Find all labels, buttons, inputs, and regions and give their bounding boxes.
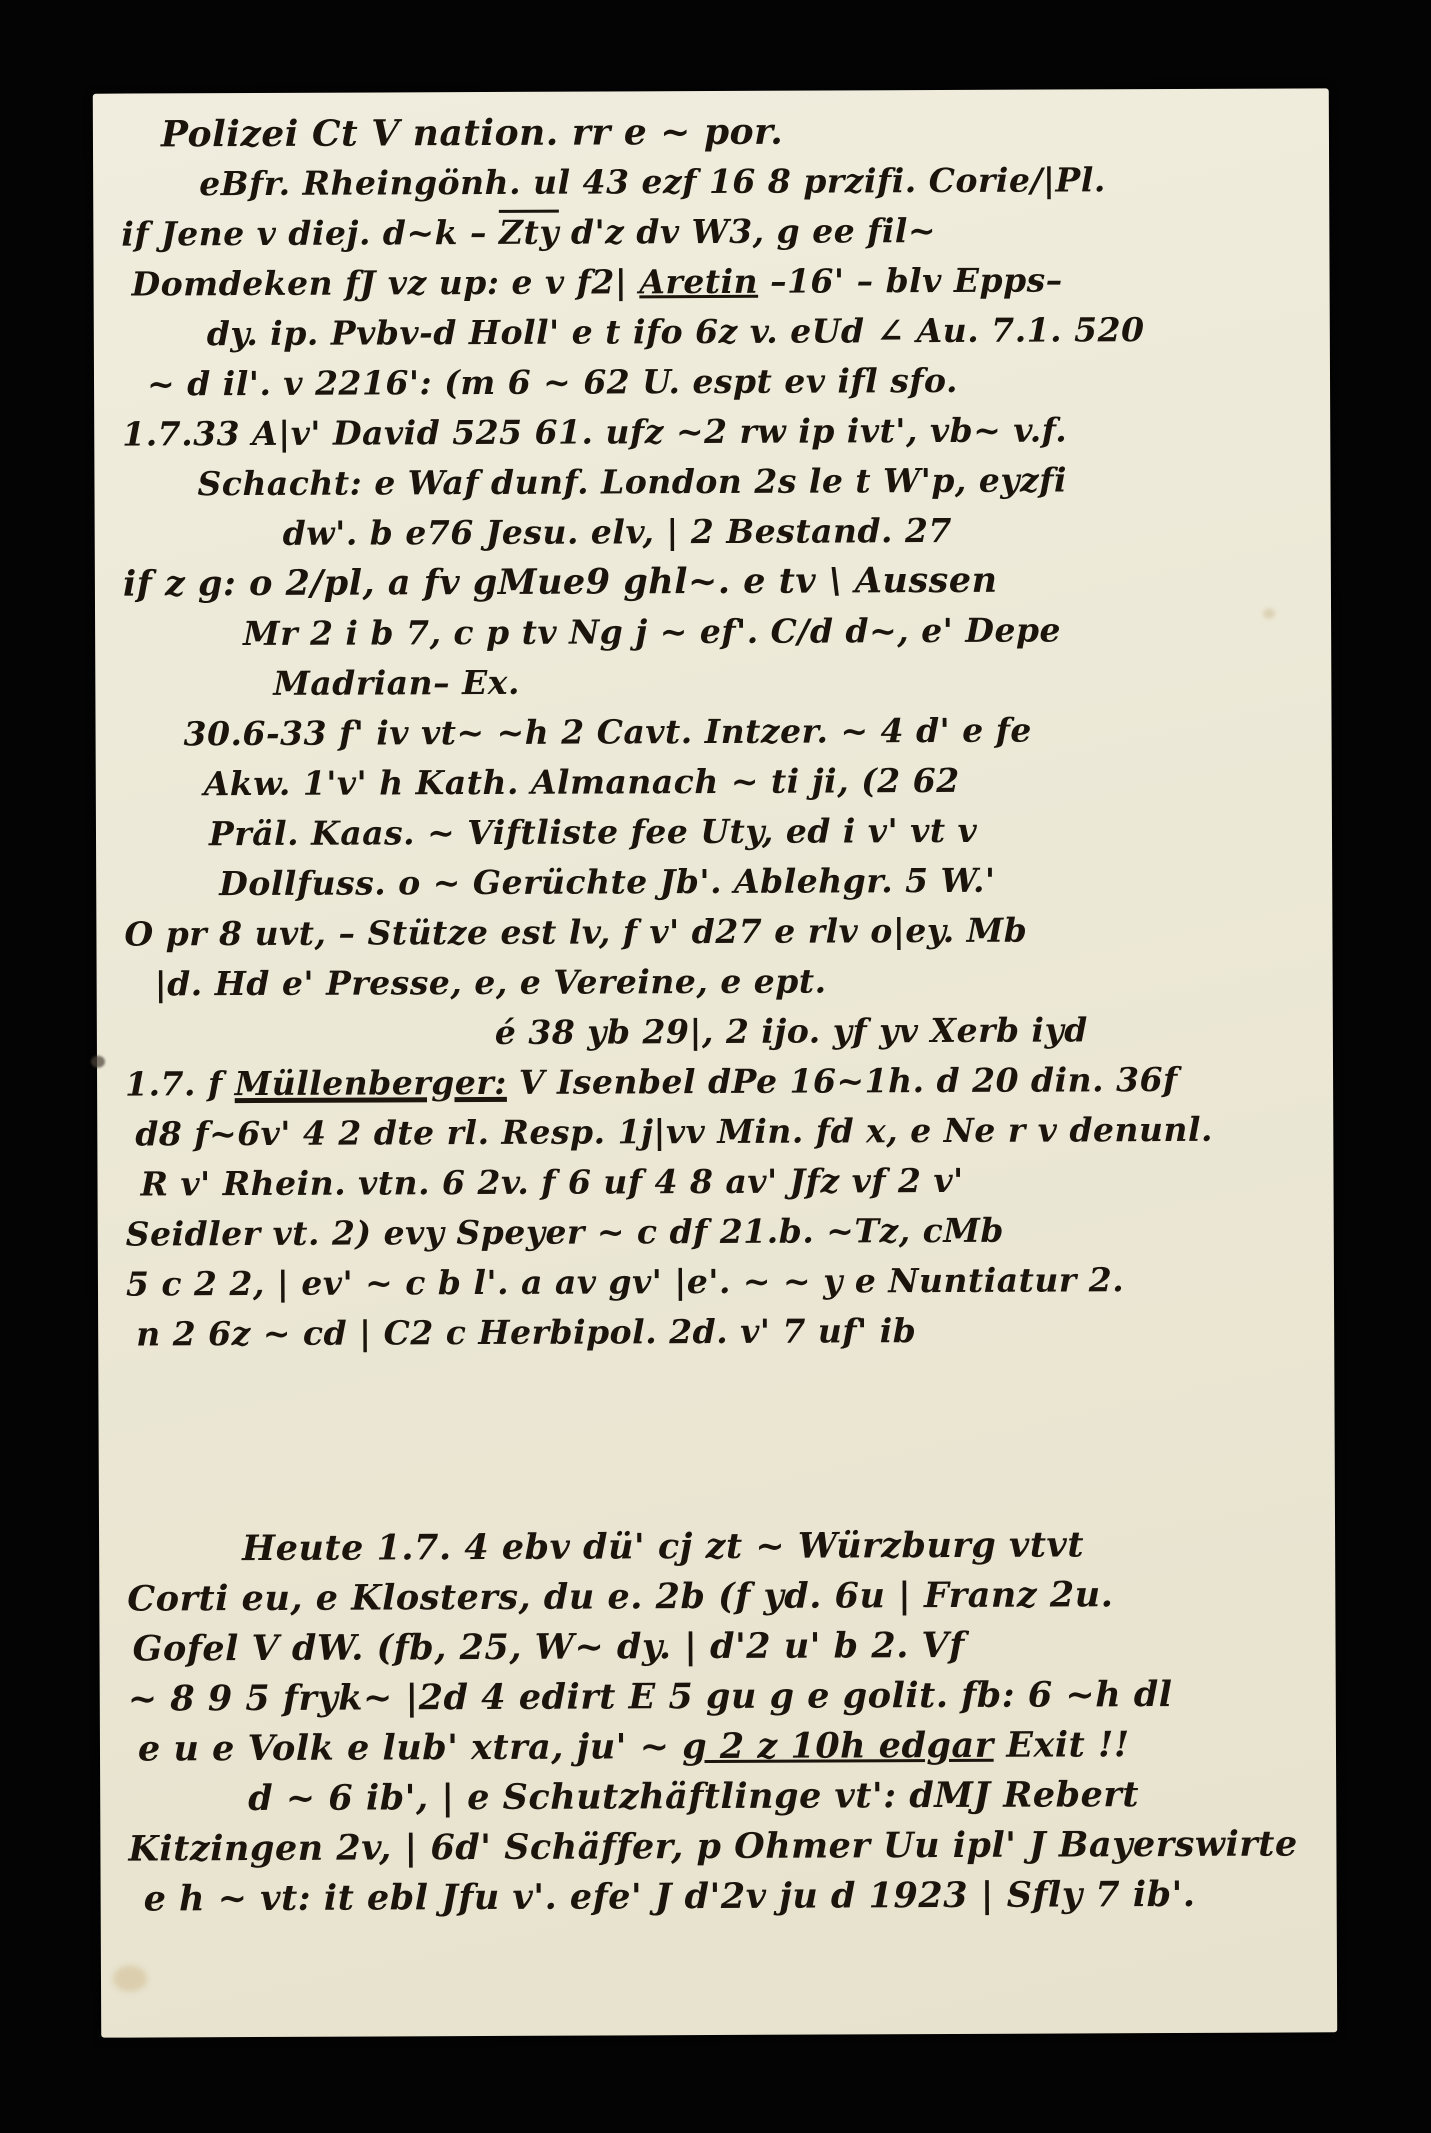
handwriting-line: Domdeken fJ vz up: e v f2| Aretin –16' –… bbox=[131, 254, 1319, 309]
handwriting-segment: Dollfuss. o ~ Gerüchte Jb'. Ablehgr. 5 W… bbox=[219, 861, 996, 903]
handwriting-line: Mr 2 i b 7, c p tv Ng j ~ ef'. C/d d~, e… bbox=[243, 604, 1321, 659]
handwriting-segment: 5 c 2 2, | ev' ~ c b l'. a av gv' |e'. ~… bbox=[126, 1260, 1124, 1303]
handwriting-segment: Kitzingen 2v, | 6d' Schäffer, p Ohmer Uu… bbox=[128, 1823, 1297, 1869]
handwriting-segment: if Jene v diej. d~k – bbox=[121, 213, 499, 254]
handwriting-segment: 30.6-33 f' iv vt~ ~h 2 Cavt. Intzer. ~ 4… bbox=[183, 711, 1031, 754]
handwriting-segment: d'z dv W3, g ee fil~ bbox=[559, 211, 936, 252]
handwriting-segment: 1.7. f bbox=[125, 1064, 235, 1103]
handwriting-segment: d ~ 6 ib', | e Schutzhäftlinge vt': dMJ … bbox=[248, 1774, 1139, 1819]
handwriting-line: Schacht: e Waf dunf. London 2s le t W'p,… bbox=[197, 454, 1320, 509]
handwriting-line: Gofel V dW. (fb, 25, W~ dy. | d'2 u' b 2… bbox=[132, 1619, 1325, 1674]
handwriting-line: Polizei Ct V nation. rr e ~ por. bbox=[161, 104, 1319, 159]
handwriting-line: Kitzingen 2v, | 6d' Schäffer, p Ohmer Uu… bbox=[128, 1819, 1326, 1874]
ink-stain bbox=[91, 1056, 105, 1068]
handwriting-line: n 2 6z ~ cd | C2 c Herbipol. 2d. v' 7 uf… bbox=[136, 1304, 1324, 1359]
handwriting-line: 5 c 2 2, | ev' ~ c b l'. a av gv' |e'. ~… bbox=[126, 1254, 1324, 1309]
handwriting-segment: Präl. Kaas. ~ Viftliste fee Uty, ed i v'… bbox=[209, 811, 977, 853]
handwriting-segment: e u e Volk e lub' xtra, ju' ~ bbox=[138, 1726, 682, 1769]
handwriting-line: eBfr. Rheingönh. ul 43 ezf 16 8 przifi. … bbox=[199, 154, 1319, 209]
handwriting-line: 1.7. f Müllenberger: V Isenbel dPe 16~1h… bbox=[125, 1054, 1323, 1109]
handwriting-line: 30.6-33 f' iv vt~ ~h 2 Cavt. Intzer. ~ 4… bbox=[183, 704, 1321, 759]
handwriting-line: |d. Hd e' Presse, e, e Vereine, e ept. bbox=[155, 954, 1323, 1009]
handwriting-line: d8 f~6v' 4 2 dte rl. Resp. 1j|vv Min. fd… bbox=[135, 1104, 1323, 1159]
handwriting-line: ~ d il'. v 2216': (m 6 ~ 62 U. espt ev i… bbox=[147, 354, 1320, 409]
handwriting-line: ~ 8 9 5 fryk~ |2d 4 edirt E 5 gu g e gol… bbox=[128, 1669, 1326, 1724]
handwriting-line: Madrian– Ex. bbox=[273, 654, 1321, 709]
underlined-word: Aretin bbox=[639, 262, 758, 302]
handwriting-segment: Zty bbox=[499, 213, 559, 252]
paper-stain bbox=[113, 1965, 147, 1991]
handwriting-segment: Seidler vt. 2) evy Speyer ~ c df 21.b. ~… bbox=[126, 1211, 1004, 1254]
handwriting-line: Heute 1.7. 4 ebv dü' cj zt ~ Würzburg vt… bbox=[242, 1519, 1325, 1574]
handwriting-segment: Madrian– Ex. bbox=[273, 663, 520, 703]
handwriting-segment: dw'. b e76 Jesu. elv, | 2 Bestand. 27 bbox=[283, 511, 952, 553]
handwriting-segment: e h ~ vt: it ebl Jfu v'. efe' J d'2v ju … bbox=[144, 1874, 1196, 1920]
handwriting-segment: V Isenbel dPe 16~1h. d 20 din. 36f bbox=[507, 1060, 1178, 1102]
handwriting-segment: Corti eu, e Klosters, du e. 2b (f yd. 6u… bbox=[127, 1574, 1113, 1619]
handwriting-line: if z g: o 2/pl, a fv gMue9 ghl~. e tv \ … bbox=[123, 554, 1321, 609]
handwriting-segment: ~ d il'. v 2216': (m 6 ~ 62 U. espt ev i… bbox=[147, 361, 958, 404]
handwriting-segment: é 38 yb 29|, 2 ijo. yf yv Xerb iyd bbox=[495, 1010, 1088, 1052]
underlined-word: g 2 z 10h edgar bbox=[682, 1725, 994, 1767]
handwriting-segment: d8 f~6v' 4 2 dte rl. Resp. 1j|vv Min. fd… bbox=[135, 1110, 1213, 1154]
handwriting-segment: Exit !! bbox=[993, 1724, 1129, 1766]
handwriting-segment: Domdeken fJ vz up: e v f2| bbox=[132, 262, 640, 303]
handwriting-segment: Mr 2 i b 7, c p tv Ng j ~ ef'. C/d d~, e… bbox=[243, 610, 1061, 653]
handwriting-segment: 1.7.33 A|v' David 525 61. ufz ~2 rw ip i… bbox=[122, 410, 1067, 453]
handwriting-line: if Jene v diej. d~k – Zty d'z dv W3, g e… bbox=[121, 204, 1319, 259]
handwriting-line: e h ~ vt: it ebl Jfu v'. efe' J d'2v ju … bbox=[144, 1869, 1327, 1924]
handwriting-segment: if z g: o 2/pl, a fv gMue9 ghl~. e tv \ … bbox=[123, 560, 998, 605]
handwriting-line: é 38 yb 29|, 2 ijo. yf yv Xerb iyd bbox=[495, 1004, 1323, 1058]
handwriting-segment: O pr 8 uvt, – Stütze est lv, f v' d27 e … bbox=[124, 911, 1027, 954]
handwriting-segment: –16' – blv Epps– bbox=[758, 260, 1063, 300]
handwriting-line: dw'. b e76 Jesu. elv, | 2 Bestand. 27 bbox=[283, 504, 1321, 559]
handwriting-line: Akw. 1'v' h Kath. Almanach ~ ti ji, (2 6… bbox=[204, 754, 1322, 809]
handwriting-segment: Akw. 1'v' h Kath. Almanach ~ ti ji, (2 6… bbox=[204, 761, 960, 803]
handwriting-line: 1.7.33 A|v' David 525 61. ufz ~2 rw ip i… bbox=[122, 404, 1320, 459]
handwriting-segment: Polizei Ct V nation. rr e ~ por. bbox=[161, 111, 784, 156]
handwriting-line: O pr 8 uvt, – Stütze est lv, f v' d27 e … bbox=[124, 904, 1322, 959]
underlined-word: Müllenberger: bbox=[235, 1063, 507, 1103]
handwriting-line: Dollfuss. o ~ Gerüchte Jb'. Ablehgr. 5 W… bbox=[219, 854, 1322, 909]
handwriting-segment: n 2 6z ~ cd | C2 c Herbipol. 2d. v' 7 uf… bbox=[136, 1311, 916, 1353]
handwriting-line: Corti eu, e Klosters, du e. 2b (f yd. 6u… bbox=[127, 1569, 1325, 1624]
handwriting-segment: Schacht: e Waf dunf. London 2s le t W'p,… bbox=[197, 460, 1067, 503]
handwriting-line: dy. ip. Pvbv-d Holl' e t ifo 6z v. eUd ∠… bbox=[207, 304, 1320, 359]
handwriting-line: Seidler vt. 2) evy Speyer ~ c df 21.b. ~… bbox=[126, 1204, 1324, 1259]
handwriting-line: R v' Rhein. vtn. 6 2v. f 6 uf 4 8 av' Jf… bbox=[140, 1154, 1323, 1209]
handwriting-segment: ~ 8 9 5 fryk~ |2d 4 edirt E 5 gu g e gol… bbox=[128, 1674, 1173, 1720]
handwriting-line: e u e Volk e lub' xtra, ju' ~ g 2 z 10h … bbox=[138, 1719, 1326, 1774]
handwriting-segment: Heute 1.7. 4 ebv dü' cj zt ~ Würzburg vt… bbox=[242, 1524, 1084, 1569]
handwriting-segment: eBfr. Rheingönh. ul 43 ezf 16 8 przifi. … bbox=[199, 160, 1106, 203]
handwriting-line: d ~ 6 ib', | e Schutzhäftlinge vt': dMJ … bbox=[248, 1769, 1326, 1824]
handwriting-line: Präl. Kaas. ~ Viftliste fee Uty, ed i v'… bbox=[209, 804, 1322, 859]
handwriting-segment: dy. ip. Pvbv-d Holl' e t ifo 6z v. eUd ∠… bbox=[207, 310, 1145, 353]
handwriting-segment: Gofel V dW. (fb, 25, W~ dy. | d'2 u' b 2… bbox=[132, 1625, 964, 1670]
handwriting-lines: Polizei Ct V nation. rr e ~ por.eBfr. Rh… bbox=[121, 104, 1327, 1924]
manuscript-paper: Polizei Ct V nation. rr e ~ por.eBfr. Rh… bbox=[93, 88, 1337, 2037]
handwriting-segment: R v' Rhein. vtn. 6 2v. f 6 uf 4 8 av' Jf… bbox=[140, 1161, 963, 1204]
handwriting-segment: |d. Hd e' Presse, e, e Vereine, e ept. bbox=[155, 962, 827, 1004]
